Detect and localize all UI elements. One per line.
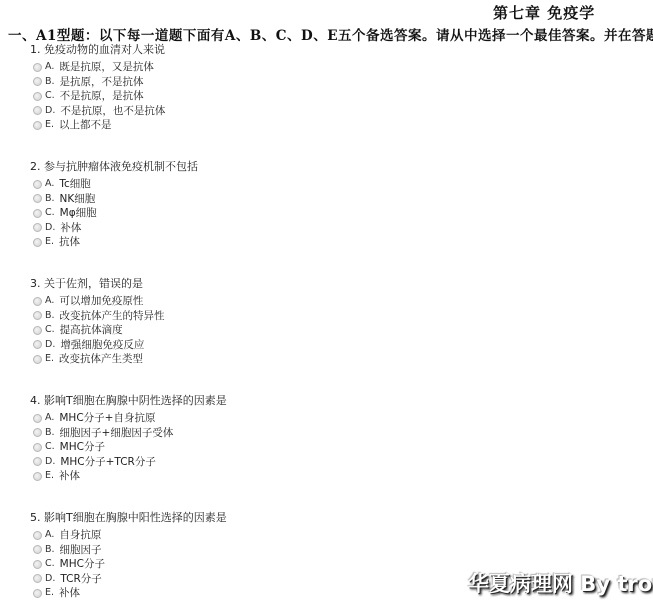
radio-button-icon[interactable] (33, 77, 42, 86)
option-text: 提高抗体滴度 (60, 323, 123, 338)
option-text: 细胞因子 (60, 543, 102, 558)
option-letter: E. (45, 469, 54, 484)
option-letter: B. (45, 192, 55, 207)
question-stem: 4. 影响T细胞在胸腺中阴性选择的因素是 (30, 394, 430, 408)
option-letter: A. (45, 294, 54, 309)
option-letter: B. (45, 75, 55, 90)
watermark: 华夏病理网 By troy (468, 568, 653, 598)
question-stem: 3. 关于佐剂，错误的是 (30, 277, 430, 291)
option-text: 增强细胞免疫反应 (60, 338, 144, 353)
radio-button-icon[interactable] (33, 63, 42, 72)
option-letter: C. (45, 323, 55, 338)
option-c[interactable]: C.Mφ细胞 (33, 206, 430, 221)
option-d[interactable]: D.TCR分子 (33, 572, 430, 587)
radio-button-icon[interactable] (33, 92, 42, 101)
option-letter: A. (45, 528, 54, 543)
option-d[interactable]: D.增强细胞免疫反应 (33, 338, 430, 353)
option-text: 补体 (59, 469, 80, 484)
option-e[interactable]: E.补体 (33, 469, 430, 484)
radio-button-icon[interactable] (33, 443, 42, 452)
option-c[interactable]: C.提高抗体滴度 (33, 323, 430, 338)
radio-button-icon[interactable] (33, 574, 42, 583)
option-text: 不是抗原，也不是抗体 (60, 104, 165, 119)
radio-button-icon[interactable] (33, 209, 42, 218)
radio-button-icon[interactable] (33, 340, 42, 349)
option-letter: A. (45, 60, 54, 75)
option-letter: E. (45, 586, 54, 600)
option-letter: C. (45, 89, 55, 104)
option-text: Mφ细胞 (60, 206, 97, 221)
option-b[interactable]: B.改变抗体产生的特异性 (33, 309, 430, 324)
chapter-title: 第七章 免疫学 (493, 2, 595, 23)
option-letter: E. (45, 235, 54, 250)
option-letter: B. (45, 309, 55, 324)
option-text: TCR分子 (60, 572, 101, 587)
option-letter: D. (45, 338, 55, 353)
radio-button-icon[interactable] (33, 297, 42, 306)
option-text: NK细胞 (60, 192, 96, 207)
option-letter: B. (45, 543, 55, 558)
option-text: 既是抗原，又是抗体 (59, 60, 154, 75)
question-3: 3. 关于佐剂，错误的是 A.可以增加免疫原性 B.改变抗体产生的特异性 C.提… (30, 277, 430, 367)
option-text: 补体 (59, 586, 80, 600)
option-text: MHC分子 (60, 440, 105, 455)
option-text: 细胞因子+细胞因子受体 (60, 426, 174, 441)
option-b[interactable]: B.细胞因子+细胞因子受体 (33, 426, 430, 441)
question-stem: 2. 参与抗肿瘤体液免疫机制不包括 (30, 160, 430, 174)
option-letter: C. (45, 440, 55, 455)
option-text: 以上都不是 (59, 118, 112, 133)
option-letter: D. (45, 572, 55, 587)
option-text: 补体 (60, 221, 81, 236)
option-text: 可以增加免疫原性 (59, 294, 143, 309)
option-letter: D. (45, 104, 55, 119)
option-letter: A. (45, 177, 54, 192)
radio-button-icon[interactable] (33, 545, 42, 554)
option-text: MHC分子+TCR分子 (60, 455, 156, 470)
question-stem: 5. 影响T细胞在胸腺中阳性选择的因素是 (30, 511, 430, 525)
radio-button-icon[interactable] (33, 457, 42, 466)
option-text: 自身抗原 (59, 528, 101, 543)
option-d[interactable]: D.补体 (33, 221, 430, 236)
option-e[interactable]: E.改变抗体产生类型 (33, 352, 430, 367)
option-text: MHC分子+自身抗原 (59, 411, 155, 426)
question-5: 5. 影响T细胞在胸腺中阳性选择的因素是 A.自身抗原 B.细胞因子 C.MHC… (30, 511, 430, 600)
option-e[interactable]: E.补体 (33, 586, 430, 600)
option-a[interactable]: A.自身抗原 (33, 528, 430, 543)
radio-button-icon[interactable] (33, 589, 42, 598)
radio-button-icon[interactable] (33, 223, 42, 232)
option-letter: D. (45, 221, 55, 236)
option-a[interactable]: A.Tc细胞 (33, 177, 430, 192)
radio-button-icon[interactable] (33, 121, 42, 130)
option-d[interactable]: D.不是抗原，也不是抗体 (33, 104, 430, 119)
option-c[interactable]: C.MHC分子 (33, 557, 430, 572)
option-b[interactable]: B.细胞因子 (33, 543, 430, 558)
question-4: 4. 影响T细胞在胸腺中阴性选择的因素是 A.MHC分子+自身抗原 B.细胞因子… (30, 394, 430, 484)
question-1: 1. 免疫动物的血清对人来说 A.既是抗原，又是抗体 B.是抗原，不是抗体 C.… (30, 43, 430, 133)
radio-button-icon[interactable] (33, 428, 42, 437)
radio-button-icon[interactable] (33, 414, 42, 423)
section-heading: 一、A1型题：以下每一道题下面有A、B、C、D、E五个备选答案。请从中选择一个最… (8, 24, 653, 44)
option-letter: D. (45, 455, 55, 470)
option-a[interactable]: A.既是抗原，又是抗体 (33, 60, 430, 75)
option-a[interactable]: A.MHC分子+自身抗原 (33, 411, 430, 426)
option-c[interactable]: C.MHC分子 (33, 440, 430, 455)
question-2: 2. 参与抗肿瘤体液免疫机制不包括 A.Tc细胞 B.NK细胞 C.Mφ细胞 D… (30, 160, 430, 250)
option-e[interactable]: E.以上都不是 (33, 118, 430, 133)
radio-button-icon[interactable] (33, 311, 42, 320)
radio-button-icon[interactable] (33, 180, 42, 189)
option-text: 改变抗体产生类型 (59, 352, 143, 367)
radio-button-icon[interactable] (33, 106, 42, 115)
option-a[interactable]: A.可以增加免疫原性 (33, 294, 430, 309)
option-text: 改变抗体产生的特异性 (60, 309, 165, 324)
radio-button-icon[interactable] (33, 531, 42, 540)
option-b[interactable]: B.NK细胞 (33, 192, 430, 207)
question-stem: 1. 免疫动物的血清对人来说 (30, 43, 430, 57)
option-letter: B. (45, 426, 55, 441)
option-e[interactable]: E.抗体 (33, 235, 430, 250)
option-text: 是抗原，不是抗体 (60, 75, 144, 90)
radio-button-icon[interactable] (33, 560, 42, 569)
option-letter: E. (45, 118, 54, 133)
option-letter: C. (45, 206, 55, 221)
option-letter: E. (45, 352, 54, 367)
radio-button-icon[interactable] (33, 238, 42, 247)
option-letter: A. (45, 411, 54, 426)
radio-button-icon[interactable] (33, 194, 42, 203)
option-text: 不是抗原，是抗体 (60, 89, 144, 104)
option-b[interactable]: B.是抗原，不是抗体 (33, 75, 430, 90)
option-letter: C. (45, 557, 55, 572)
radio-button-icon[interactable] (33, 355, 42, 364)
radio-button-icon[interactable] (33, 326, 42, 335)
option-c[interactable]: C.不是抗原，是抗体 (33, 89, 430, 104)
option-d[interactable]: D.MHC分子+TCR分子 (33, 455, 430, 470)
option-text: Tc细胞 (59, 177, 90, 192)
option-text: MHC分子 (60, 557, 105, 572)
radio-button-icon[interactable] (33, 472, 42, 481)
option-text: 抗体 (59, 235, 80, 250)
